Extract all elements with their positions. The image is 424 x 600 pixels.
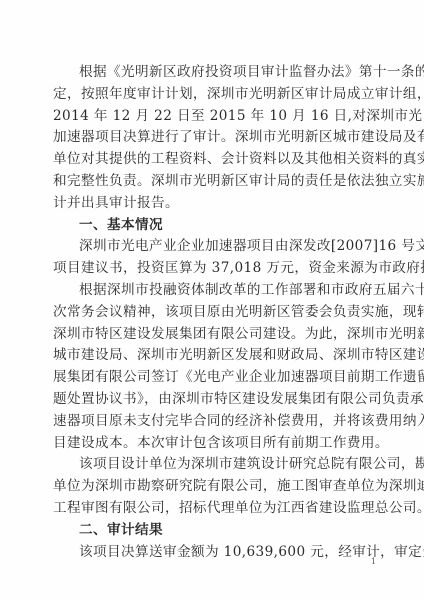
basic-info-line: 目建设成本。本次审计包含该项目所有前期工作费用。 [53,433,375,455]
intro-line: 计并出具审计报告。 [53,193,375,215]
basic-info-line: 深圳市光电产业企业加速器项目由深发改[2007]16 号文批复 [53,236,375,258]
section-heading-basic-info: 一、基本情况 [53,215,375,237]
intro-line: 根据《光明新区政府投资项目审计监督办法》第十一条的规 [53,62,375,84]
intro-line: 2014 年 12 月 22 日至 2015 年 10 月 16 日,对深圳市光… [53,106,375,128]
basic-info-line: 展集团有限公司签订《光电产业企业加速器项目前期工作遗留问 [53,367,375,389]
intro-line: 单位对其提供的工程资料、会计资料以及其他相关资料的真实性 [53,149,375,171]
page-number: 1 [371,557,376,566]
section-heading-audit-results: 二、审计结果 [53,520,375,542]
document-page: 根据《光明新区政府投资项目审计监督办法》第十一条的规 定，按照年度审计计划，深圳… [0,0,424,600]
basic-info-line: 速器项目原未支付完毕合同的经济补偿费用，并将该费用纳入项 [53,411,375,433]
basic-info-line: 城市建设局、深圳市光明新区发展和财政局、深圳市特区建设发 [53,345,375,367]
basic-info-line: 工程审图有限公司，招标代理单位为江西省建设监理总公司。 [53,498,375,520]
intro-line: 加速器项目决算进行了审计。深圳市光明新区城市建设局及有关 [53,127,375,149]
basic-info-line: 深圳市特区建设发展集团有限公司建设。为此，深圳市光明新区 [53,324,375,346]
basic-info-line: 项目建议书，投资匡算为 37,018 万元，资金来源为市政府投资。 [53,258,375,280]
basic-info-line: 单位为深圳市勘察研究院有限公司，施工图审查单位为深圳迪远 [53,476,375,498]
intro-line: 和完整性负责。深圳市光明新区审计局的责任是依法独立实施审 [53,171,375,193]
basic-info-line: 根据深圳市投融资体制改革的工作部署和市政府五届六十三 [53,280,375,302]
basic-info-line: 该项目设计单位为深圳市建筑设计研究总院有限公司，勘察 [53,454,375,476]
basic-info-line: 题处置协议书》，由深圳市特区建设发展集团有限公司负责承担加 [53,389,375,411]
basic-info-line: 次常务会议精神，该项目原由光明新区管委会负责实施，现转由 [53,302,375,324]
intro-line: 定，按照年度审计计划，深圳市光明新区审计局成立审计组，自 [53,84,375,106]
audit-result-line: 该项目决算送审金额为 10,639,600 元，经审计，审定金额为 [53,542,375,564]
document-body: 根据《光明新区政府投资项目审计监督办法》第十一条的规 定，按照年度审计计划，深圳… [53,62,375,563]
